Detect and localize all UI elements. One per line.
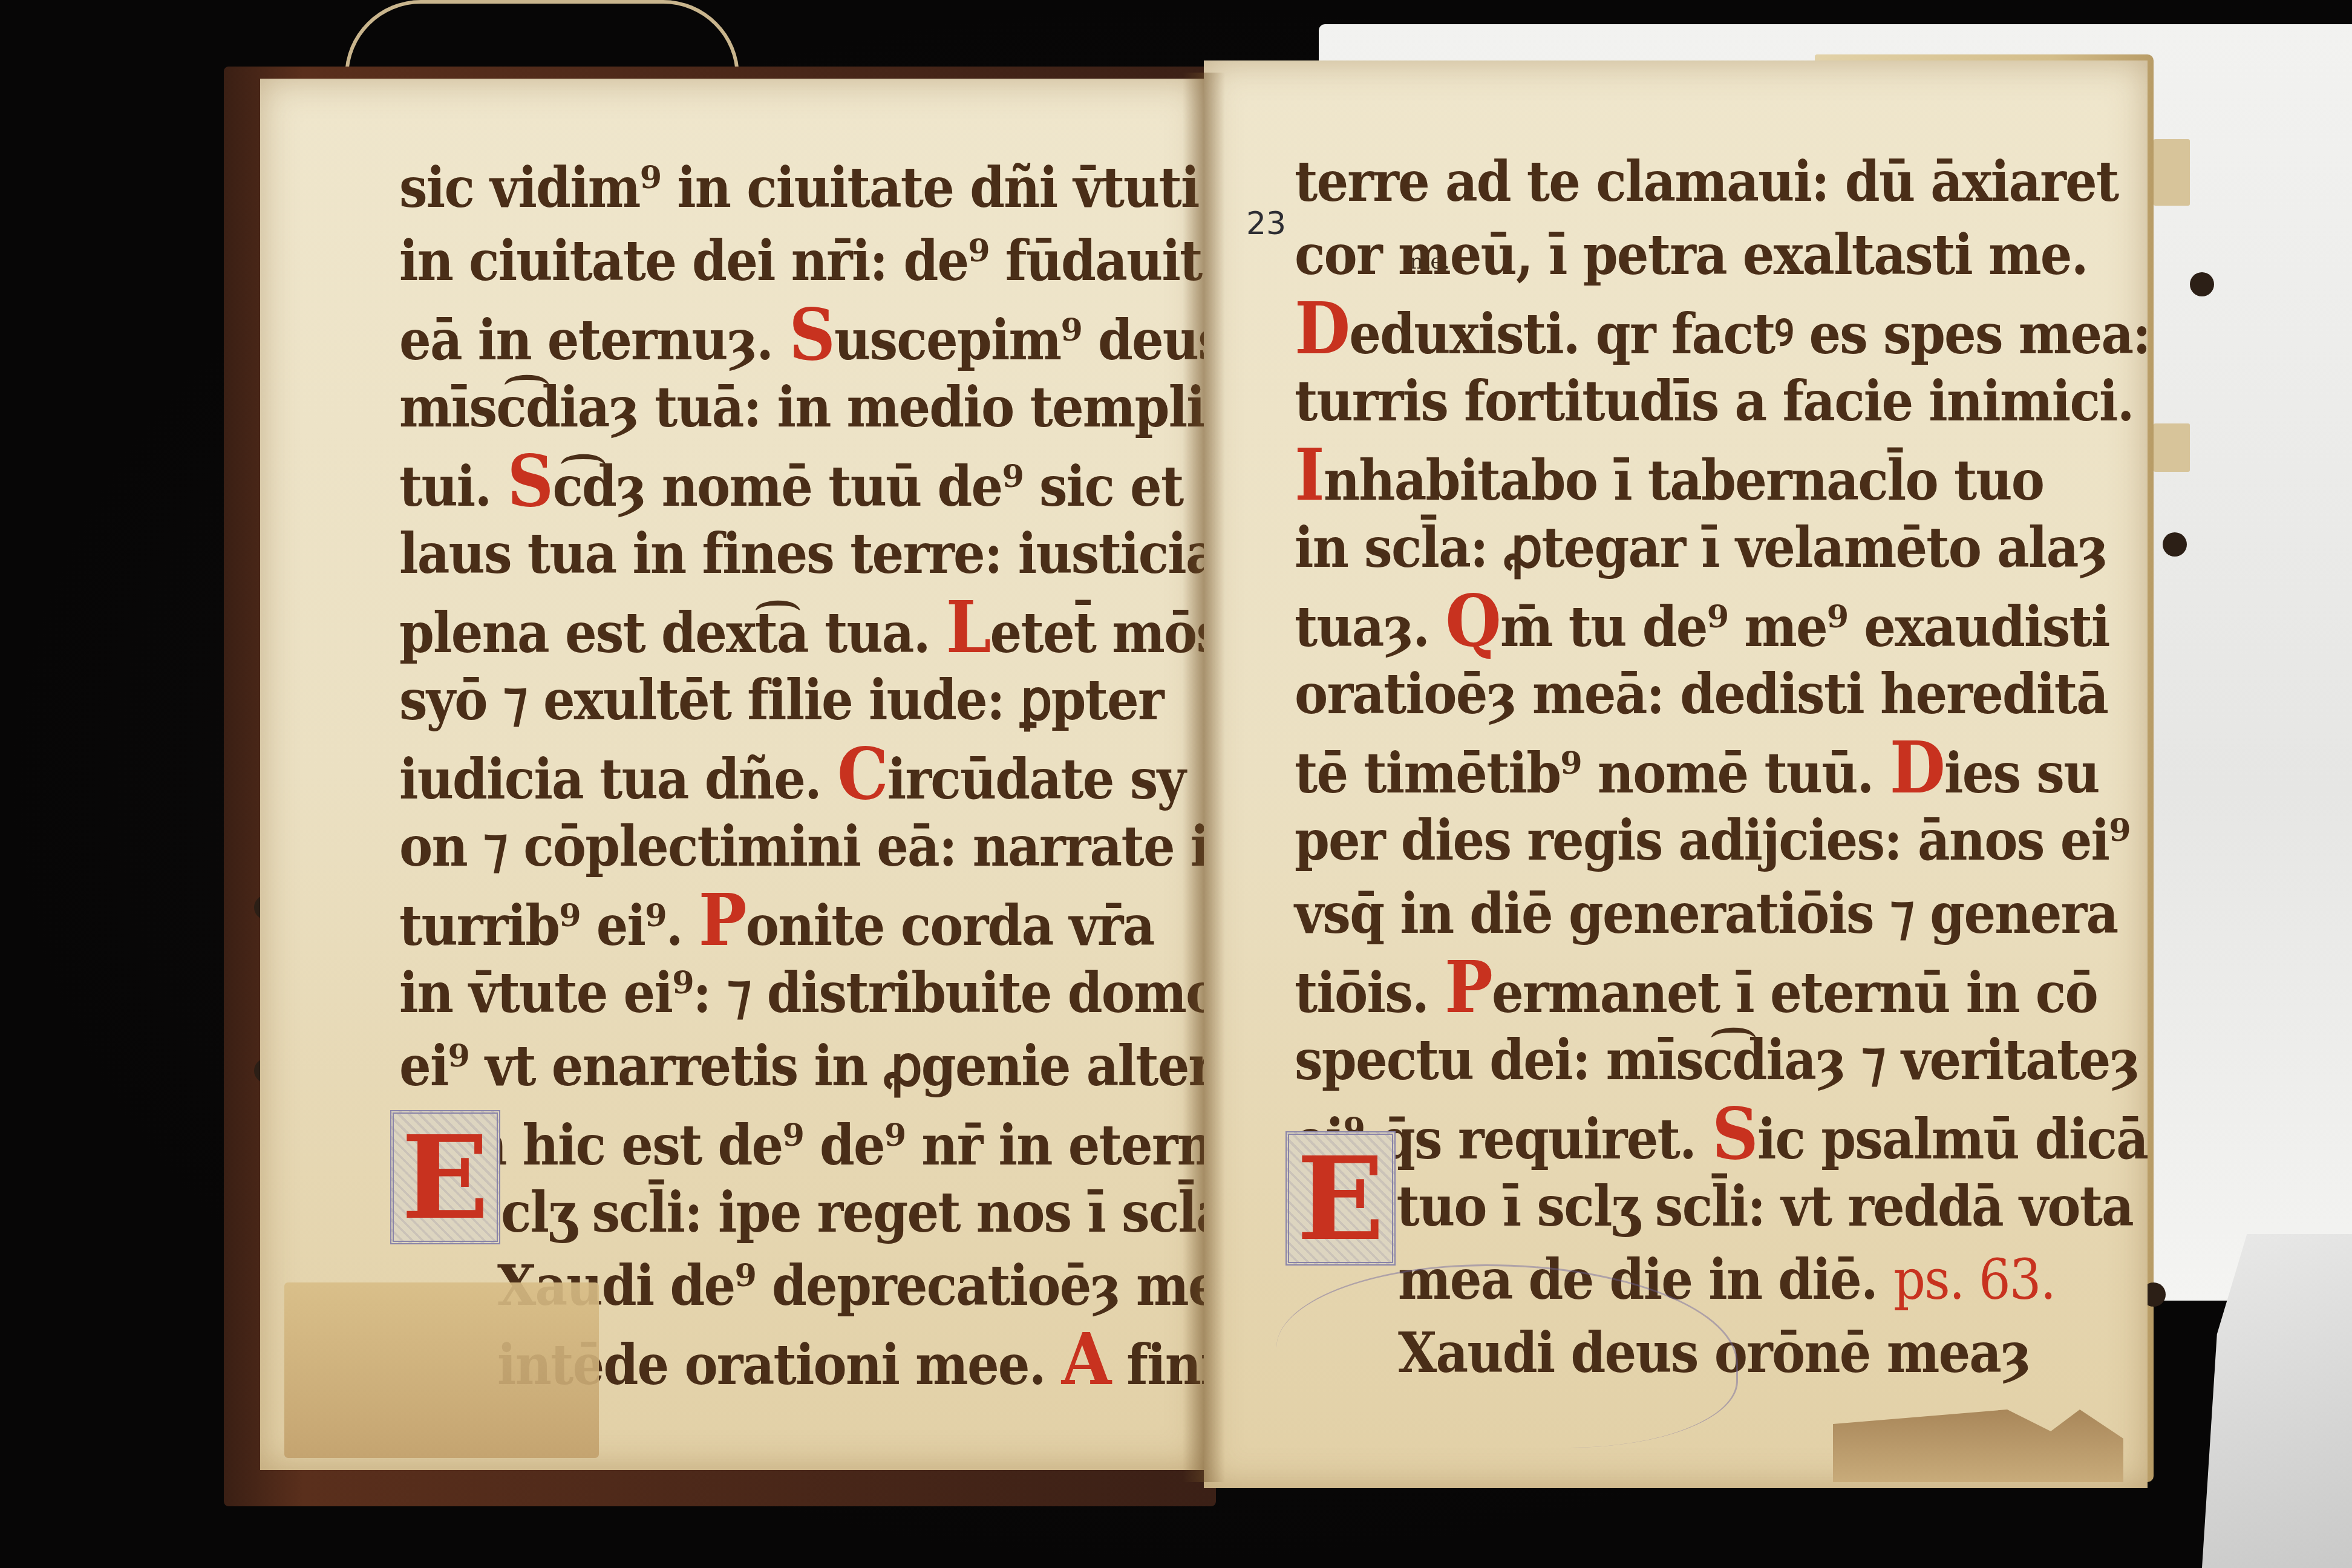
manuscript-line: ei⁹ vt enarretis in ꝓgenie altera. [399,1030,1063,1103]
page-tab [2154,423,2190,472]
manuscript-line: Deduxisti. qr factꝰ es spes mea: [1295,292,1964,365]
manuscript-line: oratioēȝ meā: dedisti hereditā [1295,658,1964,731]
red-initial: S [789,292,834,376]
red-initial: C [837,731,887,815]
binding-knob [2190,272,2214,296]
manuscript-line: tē timētib⁹ nomē tuū. Dies su [1295,731,1964,804]
binding-knob [2163,532,2187,557]
left-text-block: sic vidim⁹ in ciuitate dñi v̄tuti in ciu… [399,151,1137,1396]
manuscript-line: sic vidim⁹ in ciuitate dñi v̄tuti [399,151,1063,224]
red-initial: D [1295,286,1349,370]
manuscript-line: turris fortitudīs a facie inimici. [1295,365,1964,438]
right-page: 23 me. terre ad te clamaui: dū āxiaret c… [1204,60,2148,1488]
red-initial: D [1890,725,1944,809]
manuscript-line: in v̄tute ei⁹: ⁊ distribuite domos [399,956,1063,1030]
red-initial: A [1062,1317,1111,1401]
red-initial: P [699,878,746,962]
manuscript-line: plena est dext͡a tua. Letet̄ mōs [399,590,1063,664]
manuscript-line: in ciuitate dei nr̄i: de⁹ fūdauit [399,224,1063,298]
red-initial: Q [1445,579,1500,663]
manuscript-line: turrib⁹ ei⁹. Ponite corda vr̄a [399,883,1063,956]
manuscript-line: mīsc͡diaȝ tuā: in medio templi [399,371,1063,444]
red-initial: S [508,439,553,523]
manuscript-line: laus tua in fines terre: iusticia [399,517,1063,590]
right-text-block: terre ad te clamaui: dū āxiaret cor meū,… [1295,145,2039,1390]
manuscript-line: tuaȝ. Qm̄ tu de⁹ me⁹ exaudisti [1295,584,1964,658]
manuscript-line: cor meū, ī petra exaltasti me. [1295,218,1964,292]
page-tab [2154,139,2190,206]
manuscript-line: per dies regis adijcies: ānos ei⁹ [1295,804,1964,877]
red-initial: L [946,585,990,669]
parchment-repair-patch [284,1282,599,1458]
manuscript-line: tui. Sc͡dȝ nomē tuū de⁹ sic et [399,444,1063,517]
manuscript-line: Inhabitabo ī tabernacl̄o tuo [1295,438,1964,511]
binding-string [345,0,739,76]
psalm-number-rubric: ps. 63. [1893,1247,2055,1312]
manuscript-line: in scl̄a: ꝓtegar ī velamēto alaȝ [1295,511,1964,584]
red-initial: S [1712,1091,1757,1175]
manuscript-line: terre ad te clamaui: dū āxiaret [1295,145,1964,218]
manuscript-line: iudicia tua dñe. Circūdate sy [399,737,1063,810]
red-initial: P [1445,945,1492,1029]
manuscript-line: eā in eternuȝ. Suscepim⁹ deus [399,298,1063,371]
manuscript-line: syō ⁊ exultēt filie iude: ꝑpter [399,664,1063,737]
illuminated-initial: E [390,1110,500,1244]
left-page: sic vidim⁹ in ciuitate dñi v̄tuti in ciu… [260,79,1204,1470]
manuscript-line: on ⁊ cōplectimini eā: narrate in [399,810,1063,883]
manuscript-line: vsq̄ in diē generatiōis ⁊ genera [1295,877,1964,950]
book-gutter [1183,73,1225,1482]
folio-number: 23 [1246,206,1286,242]
manuscript-line: tiōis. Permanet ī eternū in cō [1295,950,1964,1024]
red-initial: I [1295,433,1324,517]
illuminated-initial: E [1285,1131,1396,1266]
damaged-page-edge [1833,1410,2123,1482]
manuscript-line: spectu dei: mīsc͡diaȝ ⁊ veritateȝ [1295,1024,1964,1097]
